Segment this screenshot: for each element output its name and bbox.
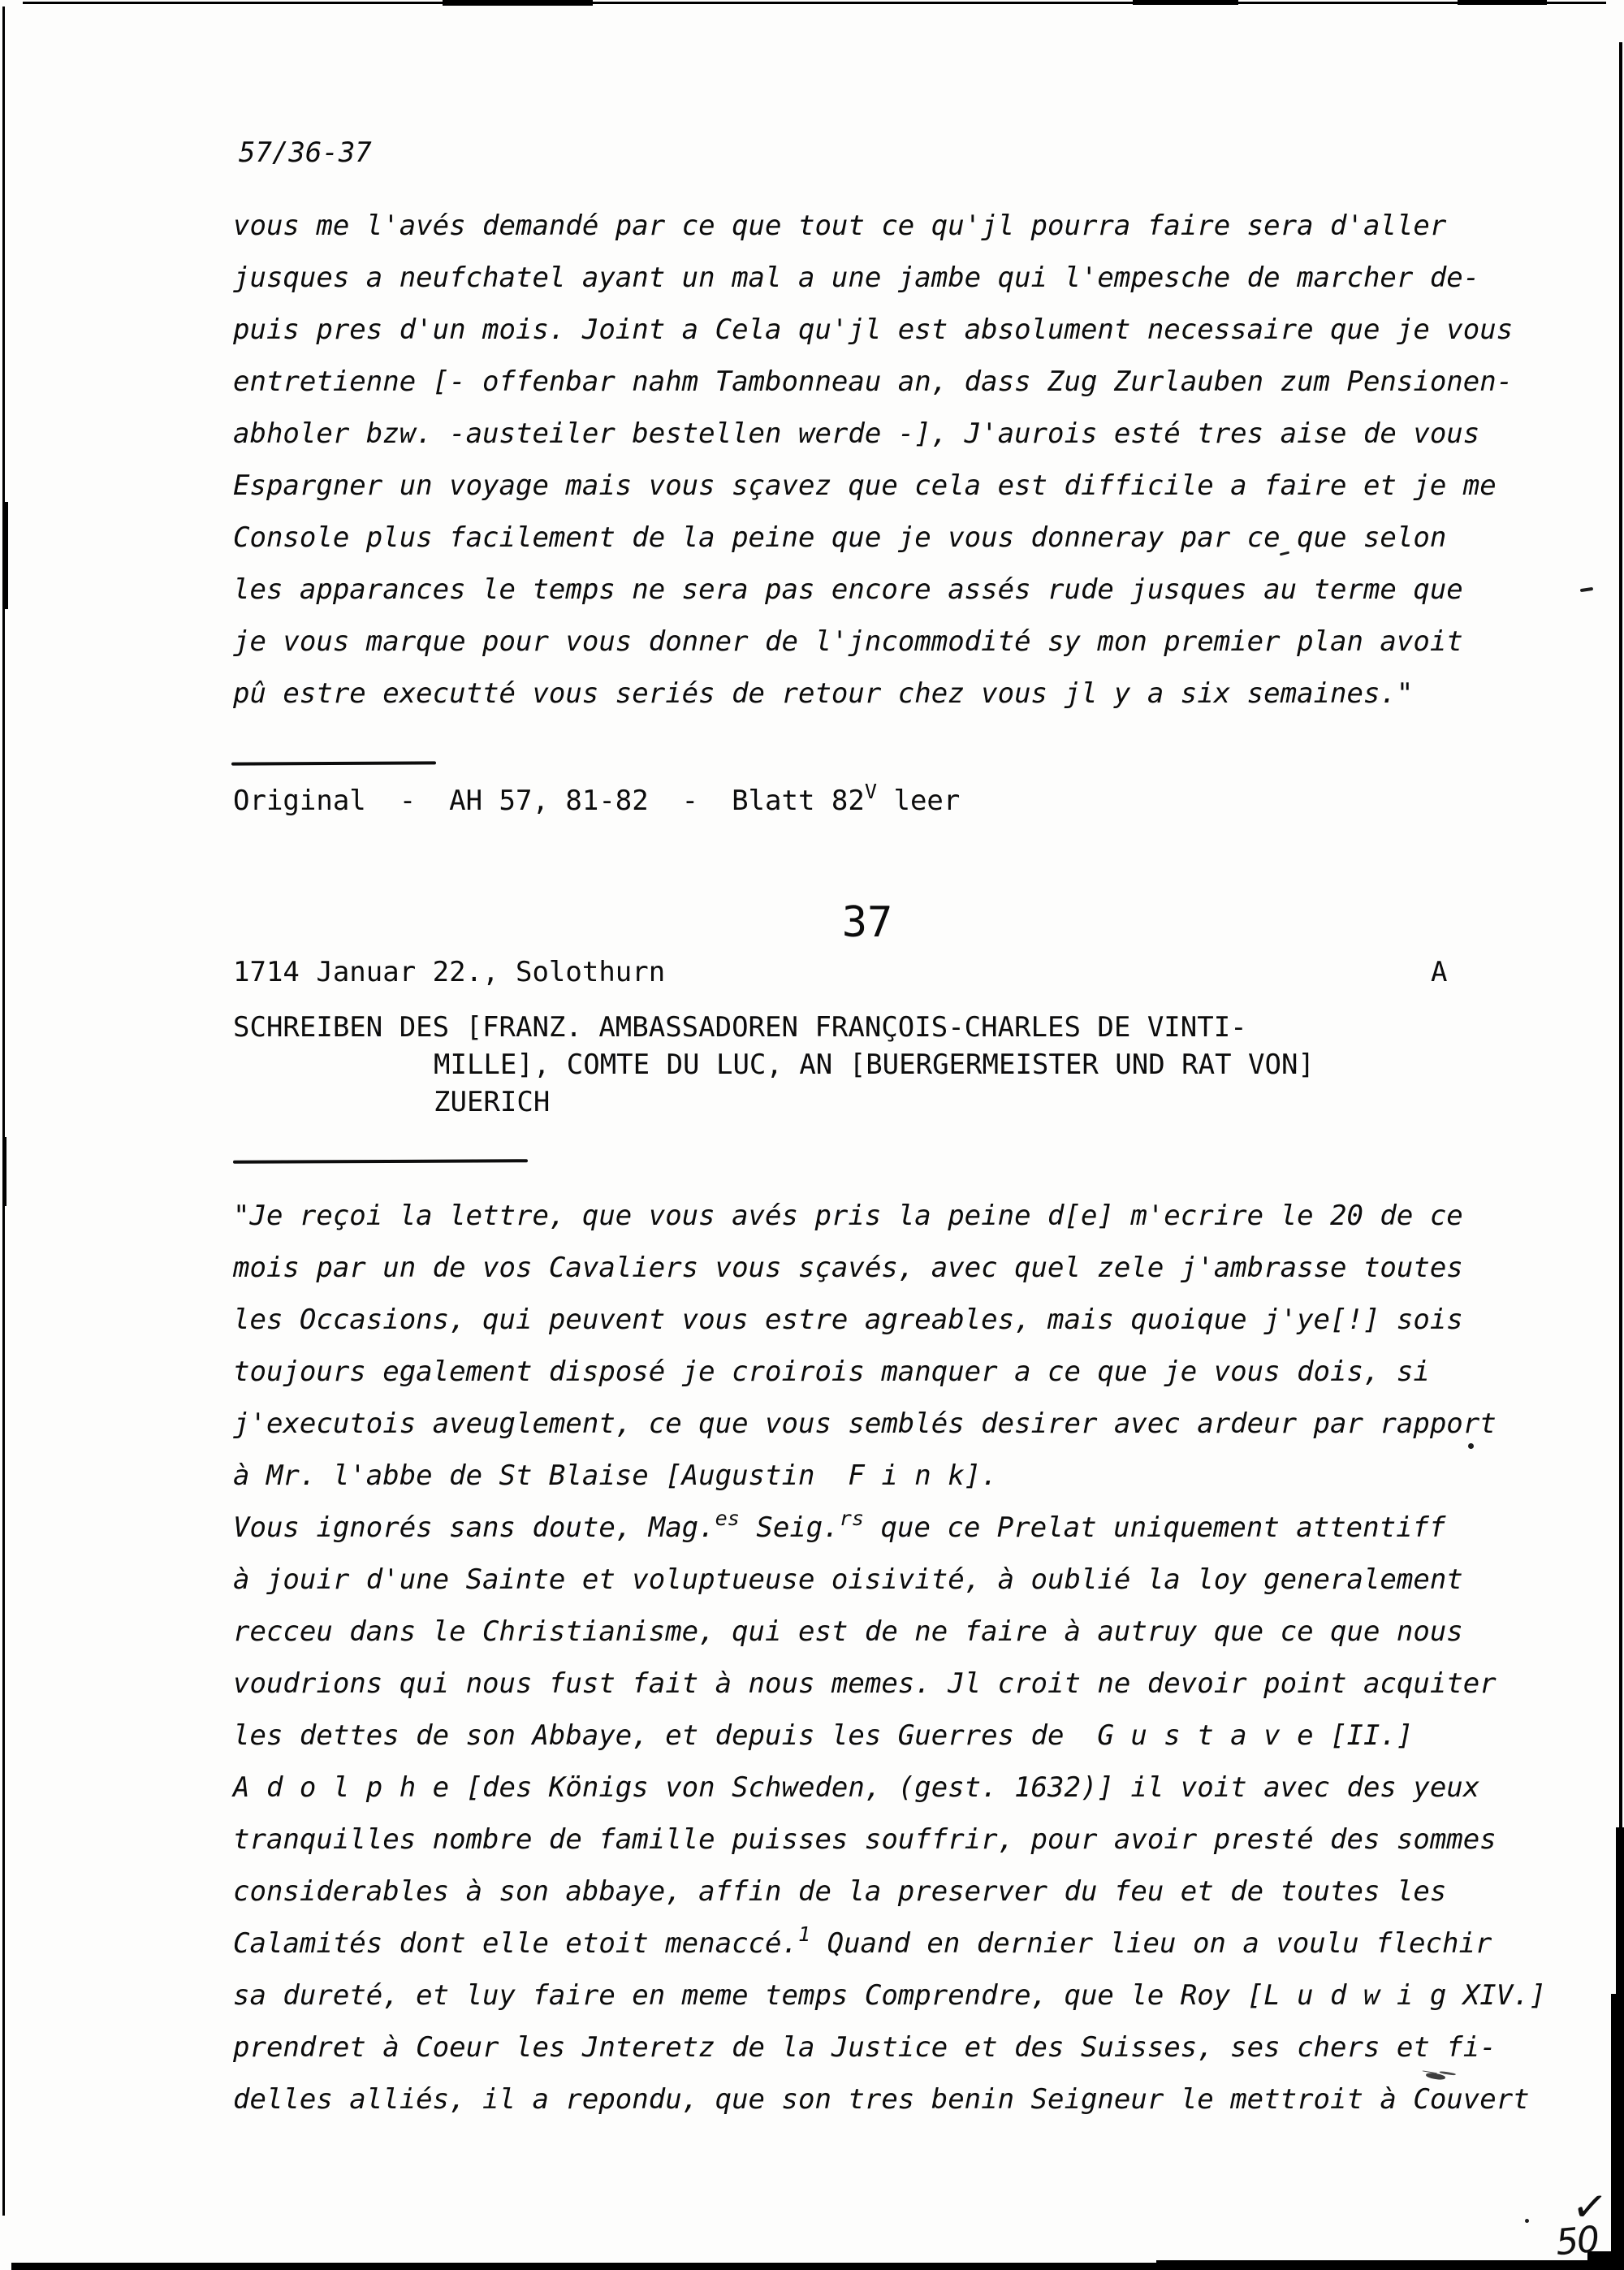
text-line: à Mr. l'abbe de St Blaise [Augustin F i … [233,1450,1613,1502]
text-line: Calamités dont elle etoit menaccé.1 Quan… [233,1918,1613,1969]
source-line: Original - AH 57, 81-82 - Blatt 82V leer [233,785,960,819]
title-line-2: MILLE], COMTE DU LUC, AN [BUERGERMEISTER… [434,1046,1315,1083]
text-line: delles alliés, il a repondu, que son tre… [233,2073,1613,2125]
text-segment: Vous ignorés sans doute, Mag. [233,1511,715,1544]
text-line: mois par un de vos Cavaliers vous sçavés… [233,1242,1613,1294]
text-segment: Original - AH 57, 81-82 - Blatt 82 [233,785,865,817]
ink-dot [1525,2219,1529,2223]
text-line: jusques a neufchatel ayant un mal a une … [233,252,1581,304]
photocopy-edge-right [1619,42,1622,1829]
text-line: entretienne [- offenbar nahm Tambonneau … [233,356,1581,408]
text-segment: que ce Prelat uniquement attentiff [864,1511,1445,1544]
page-header: 57/36-37 [239,136,372,169]
text-line: à jouir d'une Sainte et voluptueuse oisi… [233,1554,1613,1606]
text-line: prendret à Coeur les Jnteretz de la Just… [233,2021,1613,2073]
text-line: puis pres d'un mois. Joint a Cela qu'jl … [233,304,1581,356]
text-line: voudrions qui nous fust fait à nous meme… [233,1658,1613,1710]
text-line: Vous ignorés sans doute, Mag.es Seig.rs … [233,1502,1613,1554]
superscript: V [865,780,877,803]
superscript: 1 [798,1922,810,1946]
text-line: toujours egalement disposé je croirois m… [233,1346,1613,1398]
text-line: Console plus facilement de la peine que … [233,512,1581,564]
title-line-1: SCHREIBEN DES [FRANZ. AMBASSADOREN FRANÇ… [233,1009,1247,1046]
text-line: je vous marque pour vous donner de l'jnc… [233,616,1581,668]
photocopy-edge-bottom [1156,2260,1624,2270]
text-line: pû estre executté vous seriés de retour … [233,668,1581,720]
photocopy-edge-top-blotch [1458,0,1547,5]
text-line: abholer bzw. -austeiler bestellen werde … [233,408,1581,460]
document-page: 57/36-37 vous me l'avés demandé par ce q… [0,0,1624,2270]
text-line: les dettes de son Abbaye, et depuis les … [233,1710,1613,1762]
text-segment: leer [877,785,960,817]
title-line-3: ZUERICH [434,1083,550,1121]
text-line: les apparances le temps ne sera pas enco… [233,564,1581,616]
text-line: sa dureté, et luy faire en meme temps Co… [233,1969,1613,2021]
text-line: recceu dans le Christianisme, qui est de… [233,1606,1613,1658]
photocopy-edge-left-blotch [2,1137,6,1206]
separator-rule [233,1159,528,1164]
text-segment: Seig. [740,1511,840,1544]
text-line: vous me l'avés demandé par ce que tout c… [233,200,1581,252]
text-line: considerables à son abbaye, affin de la … [233,1866,1613,1918]
text-segment: Calamités dont elle etoit menaccé. [233,1927,798,1960]
photocopy-edge-left-blotch [2,502,8,609]
text-line: tranquilles nombre de famille puisses so… [233,1814,1613,1866]
photocopy-edge-top [23,2,1606,4]
handwritten-page-number: 50 [1554,2219,1600,2264]
photocopy-edge-left [2,6,5,2216]
text-line: Espargner un voyage mais vous sçavez que… [233,460,1581,512]
photocopy-edge-top-blotch [443,0,593,6]
text-segment: Quand en dernier lieu on a voulu flechir [810,1927,1492,1960]
text-line: j'executois aveuglement, ce que vous sem… [233,1398,1613,1450]
quote-paragraph-1: vous me l'avés demandé par ce que tout c… [233,200,1581,720]
superscript: rs [840,1507,864,1530]
photocopy-edge-top-blotch [1133,0,1238,5]
superscript: es [715,1507,740,1530]
siglum-a: A [1431,956,1447,988]
ink-mark [1580,587,1593,592]
quote-paragraph-2: "Je reçoi la lettre, que vous avés pris … [233,1190,1613,2125]
entry-number: 37 [818,900,916,945]
date-place-line: 1714 Januar 22., Solothurn [233,956,665,988]
text-line: A d o l p h e [des Königs von Schweden, … [233,1762,1613,1814]
separator-rule [231,761,436,765]
text-line: les Occasions, qui peuvent vous estre ag… [233,1294,1613,1346]
text-line: "Je reçoi la lettre, que vous avés pris … [233,1190,1613,1242]
